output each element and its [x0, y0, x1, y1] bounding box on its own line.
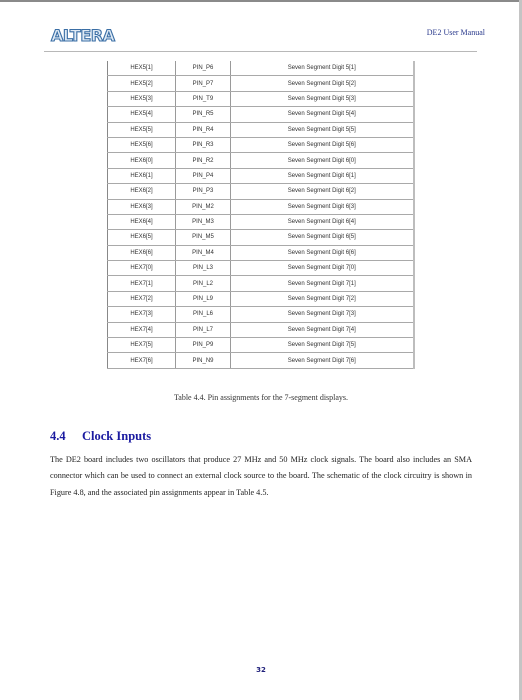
fpga-pin-cell: PIN_P4	[176, 168, 231, 183]
fpga-pin-cell: PIN_P3	[176, 184, 231, 199]
description-cell: Seven Segment Digit 6[1]	[231, 168, 414, 183]
signal-name-cell: HEX5[6]	[108, 137, 176, 152]
description-cell: Seven Segment Digit 7[4]	[231, 322, 414, 337]
table-row: HEX7[2]PIN_L9Seven Segment Digit 7[2]	[108, 291, 414, 306]
signal-name-cell: HEX7[3]	[108, 307, 176, 322]
signal-name-cell: HEX6[4]	[108, 214, 176, 229]
table-row: HEX5[5]PIN_R4Seven Segment Digit 5[5]	[108, 122, 414, 137]
page-number: 32	[0, 666, 522, 674]
description-cell: Seven Segment Digit 6[0]	[231, 153, 414, 168]
fpga-pin-cell: PIN_L2	[176, 276, 231, 291]
svg-text:ALTERA: ALTERA	[51, 26, 116, 45]
section-number: 4.4	[50, 429, 82, 444]
altera-logo-icon: ALTERA	[50, 25, 120, 45]
description-cell: Seven Segment Digit 7[0]	[231, 261, 414, 276]
section-body-paragraph: The DE2 board includes two oscillators t…	[50, 452, 472, 501]
table-row: HEX5[6]PIN_R3Seven Segment Digit 5[6]	[108, 137, 414, 152]
table-row: HEX6[2]PIN_P3Seven Segment Digit 6[2]	[108, 184, 414, 199]
signal-name-cell: HEX7[6]	[108, 353, 176, 368]
description-cell: Seven Segment Digit 6[6]	[231, 245, 414, 260]
signal-name-cell: HEX7[5]	[108, 338, 176, 353]
table-row: HEX7[0]PIN_L3Seven Segment Digit 7[0]	[108, 261, 414, 276]
table-row: HEX7[3]PIN_L6Seven Segment Digit 7[3]	[108, 307, 414, 322]
signal-name-cell: HEX7[4]	[108, 322, 176, 337]
table-row: HEX6[6]PIN_M4Seven Segment Digit 6[6]	[108, 245, 414, 260]
description-cell: Seven Segment Digit 5[4]	[231, 107, 414, 122]
pin-assignment-table: HEX5[1]PIN_P6Seven Segment Digit 5[1]HEX…	[107, 61, 413, 369]
fpga-pin-cell: PIN_P6	[176, 61, 231, 76]
section-title: Clock Inputs	[82, 429, 151, 443]
fpga-pin-cell: PIN_N9	[176, 353, 231, 368]
fpga-pin-cell: PIN_M3	[176, 214, 231, 229]
description-cell: Seven Segment Digit 5[5]	[231, 122, 414, 137]
description-cell: Seven Segment Digit 5[2]	[231, 76, 414, 91]
section-heading: 4.4Clock Inputs	[50, 429, 151, 444]
signal-name-cell: HEX5[4]	[108, 107, 176, 122]
table-row: HEX7[5]PIN_P9Seven Segment Digit 7[5]	[108, 338, 414, 353]
description-cell: Seven Segment Digit 5[6]	[231, 137, 414, 152]
description-cell: Seven Segment Digit 7[2]	[231, 291, 414, 306]
table-row: HEX5[1]PIN_P6Seven Segment Digit 5[1]	[108, 61, 414, 76]
fpga-pin-cell: PIN_L7	[176, 322, 231, 337]
table-row: HEX5[2]PIN_P7Seven Segment Digit 5[2]	[108, 76, 414, 91]
table-row: HEX6[0]PIN_R2Seven Segment Digit 6[0]	[108, 153, 414, 168]
signal-name-cell: HEX6[6]	[108, 245, 176, 260]
table-row: HEX7[1]PIN_L2Seven Segment Digit 7[1]	[108, 276, 414, 291]
signal-name-cell: HEX6[3]	[108, 199, 176, 214]
table-row: HEX7[4]PIN_L7Seven Segment Digit 7[4]	[108, 322, 414, 337]
table-row: HEX6[1]PIN_P4Seven Segment Digit 6[1]	[108, 168, 414, 183]
table-row: HEX5[4]PIN_R5Seven Segment Digit 5[4]	[108, 107, 414, 122]
fpga-pin-cell: PIN_M2	[176, 199, 231, 214]
signal-name-cell: HEX7[1]	[108, 276, 176, 291]
table-row: HEX7[6]PIN_N9Seven Segment Digit 7[6]	[108, 353, 414, 368]
fpga-pin-cell: PIN_R5	[176, 107, 231, 122]
description-cell: Seven Segment Digit 6[4]	[231, 214, 414, 229]
signal-name-cell: HEX6[2]	[108, 184, 176, 199]
description-cell: Seven Segment Digit 7[1]	[231, 276, 414, 291]
description-cell: Seven Segment Digit 5[3]	[231, 91, 414, 106]
fpga-pin-cell: PIN_L6	[176, 307, 231, 322]
header-divider	[44, 51, 477, 52]
table-row: HEX5[3]PIN_T9Seven Segment Digit 5[3]	[108, 91, 414, 106]
signal-name-cell: HEX7[2]	[108, 291, 176, 306]
description-cell: Seven Segment Digit 7[3]	[231, 307, 414, 322]
fpga-pin-cell: PIN_M5	[176, 230, 231, 245]
fpga-pin-cell: PIN_P7	[176, 76, 231, 91]
fpga-pin-cell: PIN_P9	[176, 338, 231, 353]
table-row: HEX6[5]PIN_M5Seven Segment Digit 6[5]	[108, 230, 414, 245]
description-cell: Seven Segment Digit 7[5]	[231, 338, 414, 353]
window-top-edge	[0, 0, 522, 2]
fpga-pin-cell: PIN_R2	[176, 153, 231, 168]
description-cell: Seven Segment Digit 6[5]	[231, 230, 414, 245]
manual-title: DE2 User Manual	[427, 28, 485, 37]
signal-name-cell: HEX6[1]	[108, 168, 176, 183]
signal-name-cell: HEX7[0]	[108, 261, 176, 276]
table-row: HEX6[4]PIN_M3Seven Segment Digit 6[4]	[108, 214, 414, 229]
fpga-pin-cell: PIN_L9	[176, 291, 231, 306]
signal-name-cell: HEX5[3]	[108, 91, 176, 106]
signal-name-cell: HEX5[2]	[108, 76, 176, 91]
description-cell: Seven Segment Digit 6[2]	[231, 184, 414, 199]
altera-logo: ALTERA	[50, 25, 120, 45]
signal-name-cell: HEX5[1]	[108, 61, 176, 76]
table-caption: Table 4.4. Pin assignments for the 7-seg…	[0, 393, 522, 402]
fpga-pin-cell: PIN_M4	[176, 245, 231, 260]
fpga-pin-cell: PIN_R4	[176, 122, 231, 137]
description-cell: Seven Segment Digit 6[3]	[231, 199, 414, 214]
fpga-pin-cell: PIN_T9	[176, 91, 231, 106]
fpga-pin-cell: PIN_L3	[176, 261, 231, 276]
signal-name-cell: HEX6[5]	[108, 230, 176, 245]
description-cell: Seven Segment Digit 7[6]	[231, 353, 414, 368]
table-row: HEX6[3]PIN_M2Seven Segment Digit 6[3]	[108, 199, 414, 214]
fpga-pin-cell: PIN_R3	[176, 137, 231, 152]
description-cell: Seven Segment Digit 5[1]	[231, 61, 414, 76]
signal-name-cell: HEX6[0]	[108, 153, 176, 168]
signal-name-cell: HEX5[5]	[108, 122, 176, 137]
